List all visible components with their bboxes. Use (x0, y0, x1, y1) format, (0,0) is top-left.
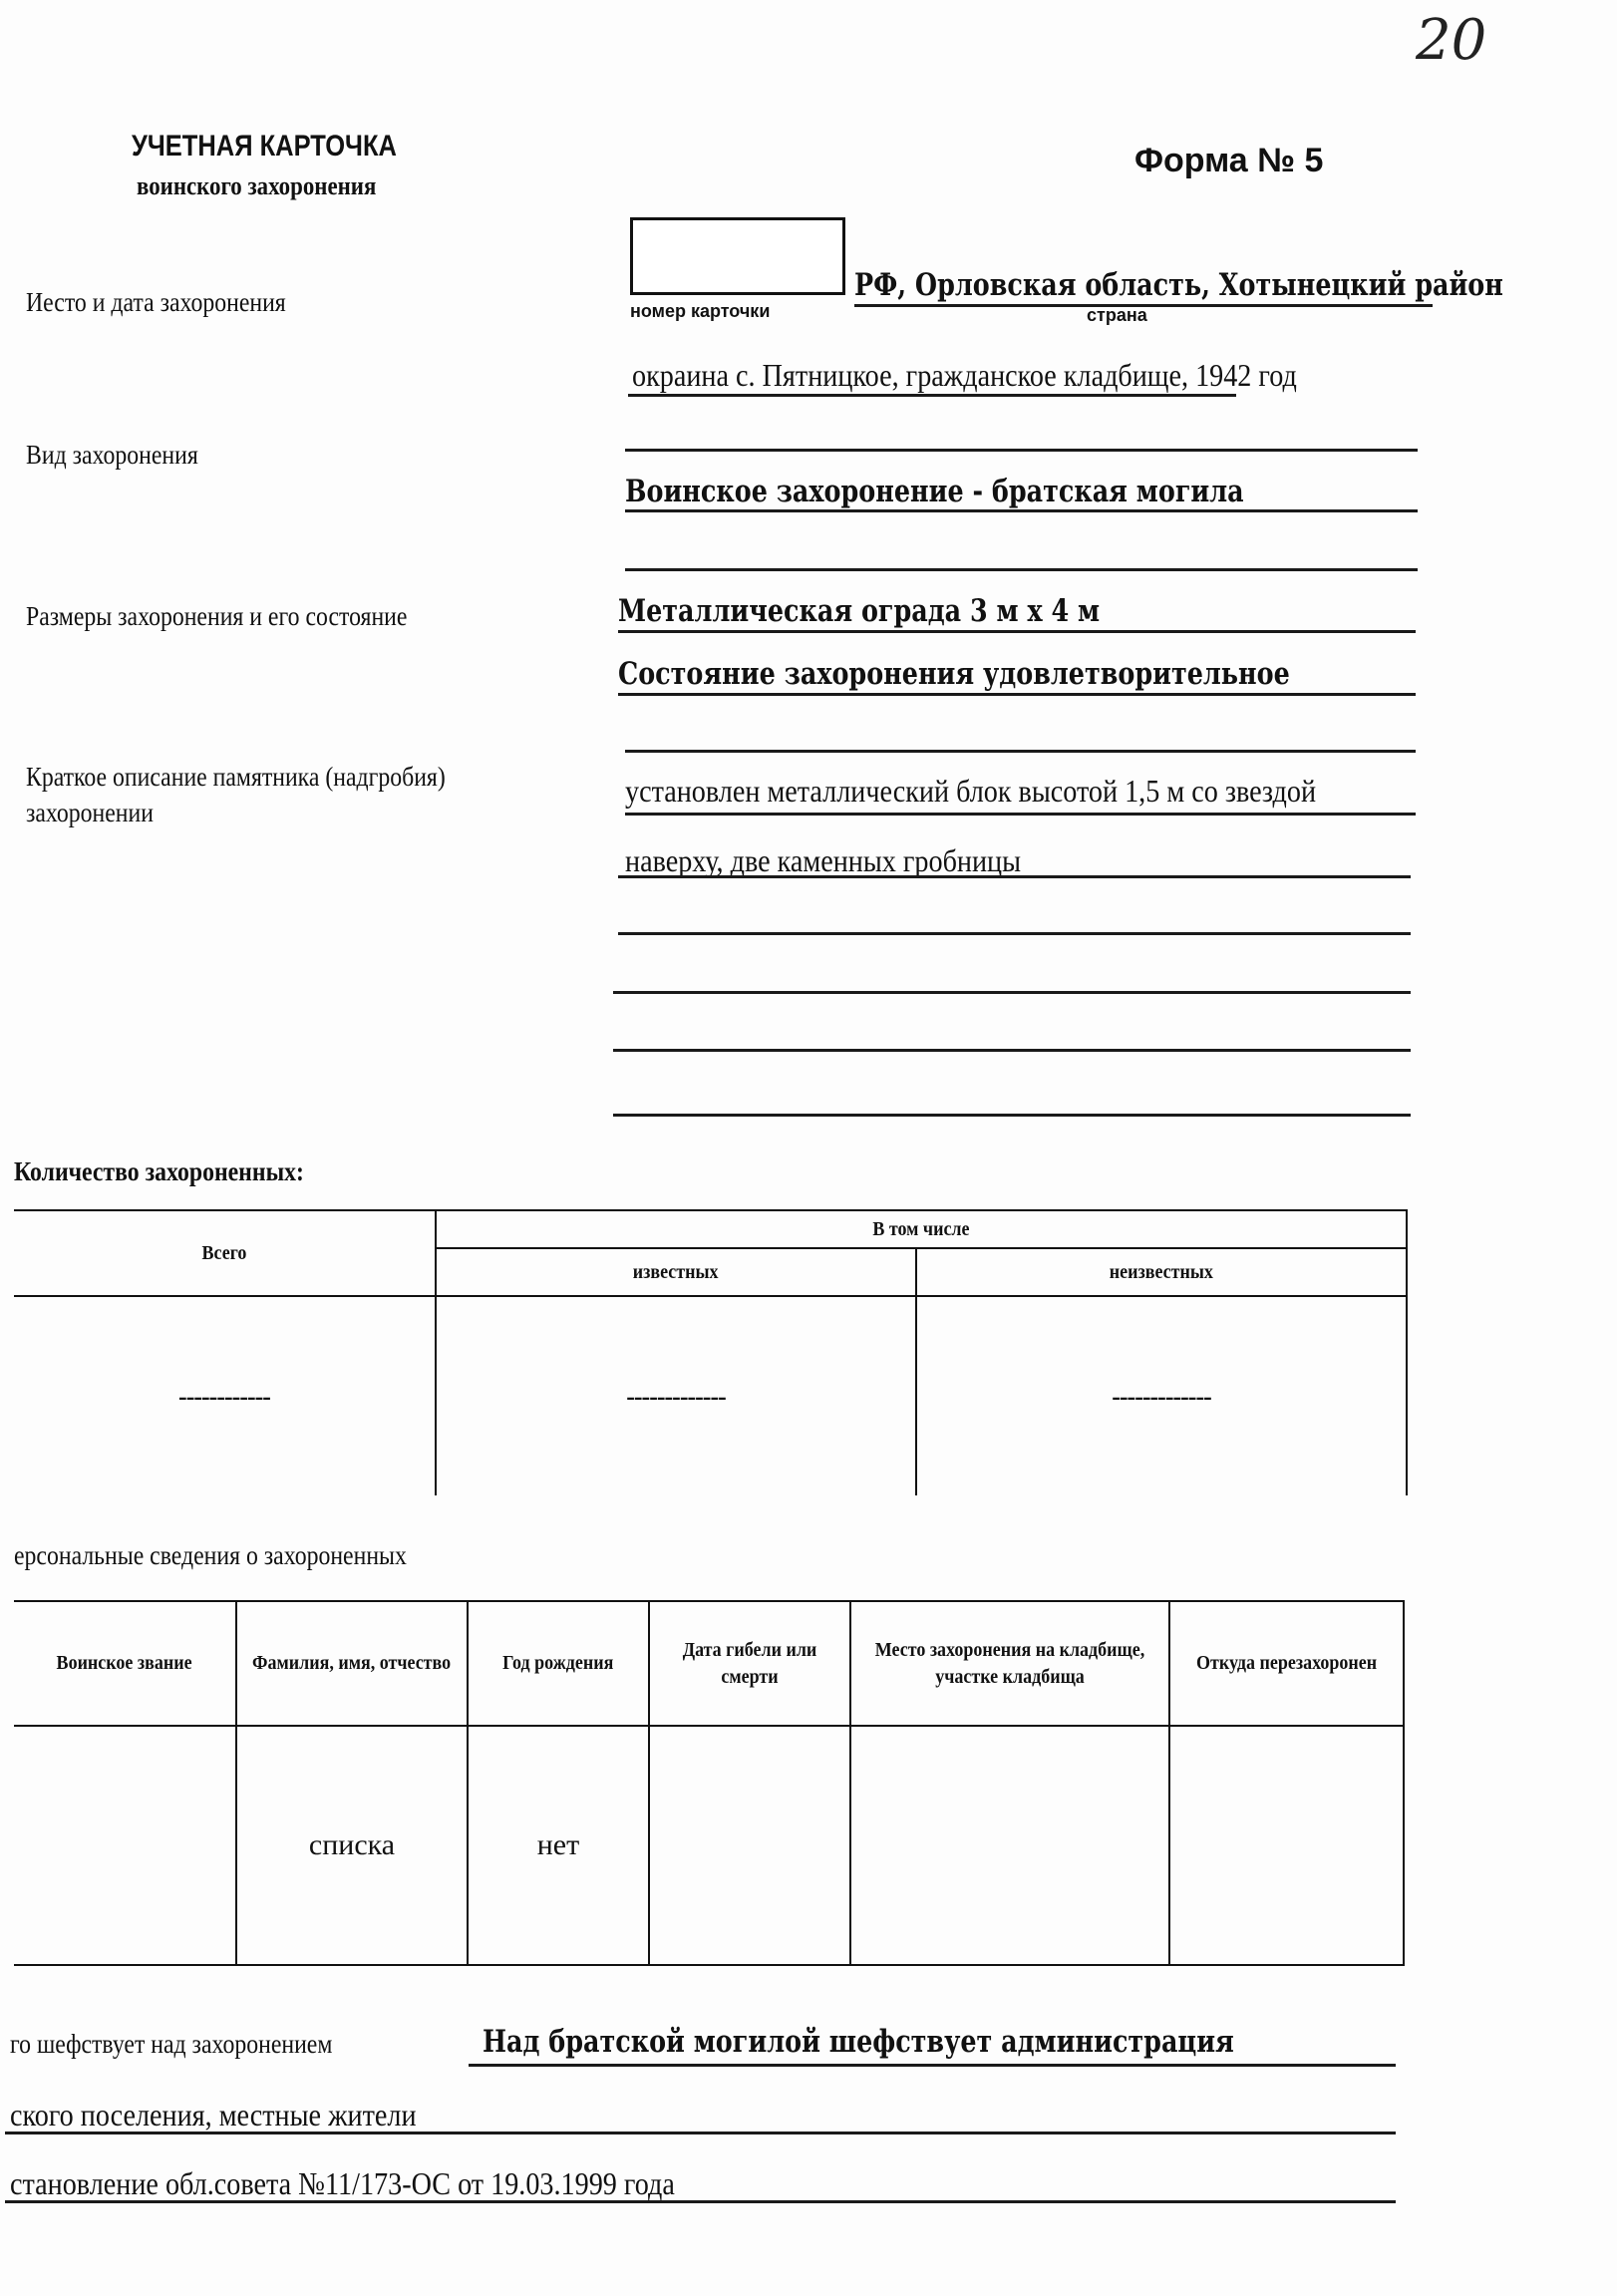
personal-section-title: ерсональные сведения о захороненных (14, 1540, 407, 1571)
patronage-underline-3 (5, 2200, 1396, 2203)
monument-line-4 (613, 991, 1411, 994)
monument-label-1: Краткое описание памятника (надгробия) (26, 762, 446, 793)
size-value: Металлическая ограда 3 м х 4 м (618, 593, 1100, 629)
burial-type-value: Воинское захоронение - братская могила (625, 474, 1244, 509)
form-number: Форма № 5 (1134, 142, 1323, 180)
col-rank: Воинское звание (14, 1601, 236, 1726)
place-date-label: Иесто и дата захоронения (26, 287, 286, 318)
monument-line-0 (625, 750, 1416, 753)
table-row: списка нет (14, 1726, 1404, 1965)
cell-rank (14, 1726, 236, 1965)
count-table: Всего В том числе известных неизвестных … (14, 1209, 1408, 1495)
header-known: известных (436, 1248, 916, 1296)
country-caption: страна (1087, 305, 1147, 326)
document-title: УЧЕТНАЯ КАРТОЧКА (132, 130, 397, 164)
header-including: В том числе (436, 1210, 1407, 1248)
personal-table: Воинское звание Фамилия, имя, отчество Г… (14, 1600, 1405, 1966)
burial-type-line-1 (625, 449, 1418, 452)
burial-type-label: Вид захоронения (26, 440, 198, 471)
header-total: Всего (14, 1210, 436, 1296)
monument-underline-1 (625, 813, 1416, 816)
monument-value-2: наверху, две каменных гробницы (625, 842, 1021, 879)
burial-type-underline (625, 509, 1418, 512)
condition-value: Состояние захоронения удовлетворительное (618, 656, 1290, 692)
header-unknown: неизвестных (916, 1248, 1407, 1296)
burial-type-line-3 (625, 568, 1418, 571)
card-number-field[interactable] (630, 217, 845, 295)
cell-burial-place (850, 1726, 1169, 1965)
patronage-value-3: становление обл.совета №11/173-ОС от 19.… (10, 2165, 675, 2202)
monument-label-2: захоронении (26, 798, 154, 828)
cell-reburied-from (1169, 1726, 1404, 1965)
cell-death-date (649, 1726, 850, 1965)
col-death-date: Дата гибели или смерти (649, 1601, 850, 1726)
country-value: РФ, Орловская область, Хотынецкий район (854, 267, 1503, 303)
patronage-underline-2 (5, 2132, 1396, 2134)
location-underline (628, 394, 1236, 397)
patronage-value-2: ского поселения, местные жители (10, 2097, 417, 2133)
monument-value-1: установлен металлический блок высотой 1,… (625, 773, 1316, 810)
card-number-label: номер карточки (630, 301, 770, 322)
size-condition-label: Размеры захоронения и его состояние (26, 601, 407, 632)
page-number: 20 (1416, 8, 1486, 73)
cell-name: списка (236, 1726, 468, 1965)
monument-line-6 (613, 1114, 1411, 1117)
monument-underline-2 (618, 875, 1411, 878)
value-total: ------------ (14, 1296, 436, 1495)
patronage-underline-1 (469, 2064, 1396, 2067)
count-section-title: Количество захороненных: (14, 1156, 304, 1187)
monument-line-3 (618, 932, 1411, 935)
size-underline (618, 630, 1416, 633)
patronage-label: го шефствует над захоронением (10, 2029, 332, 2060)
patronage-value-1: Над братской могилой шефствует администр… (483, 2024, 1234, 2060)
document-subtitle: воинского захоронения (137, 171, 376, 201)
monument-line-5 (613, 1049, 1411, 1052)
value-unknown: ------------- (916, 1296, 1407, 1495)
col-reburied-from: Откуда перезахоронен (1169, 1601, 1404, 1726)
col-name: Фамилия, имя, отчество (236, 1601, 468, 1726)
value-known: ------------- (436, 1296, 916, 1495)
col-birth-year: Год рождения (468, 1601, 649, 1726)
condition-underline (618, 693, 1416, 696)
location-value: окраина с. Пятницкое, гражданское кладби… (632, 357, 1297, 394)
col-burial-place: Место захоронения на кладбище, участке к… (850, 1601, 1169, 1726)
cell-birth-year: нет (468, 1726, 649, 1965)
